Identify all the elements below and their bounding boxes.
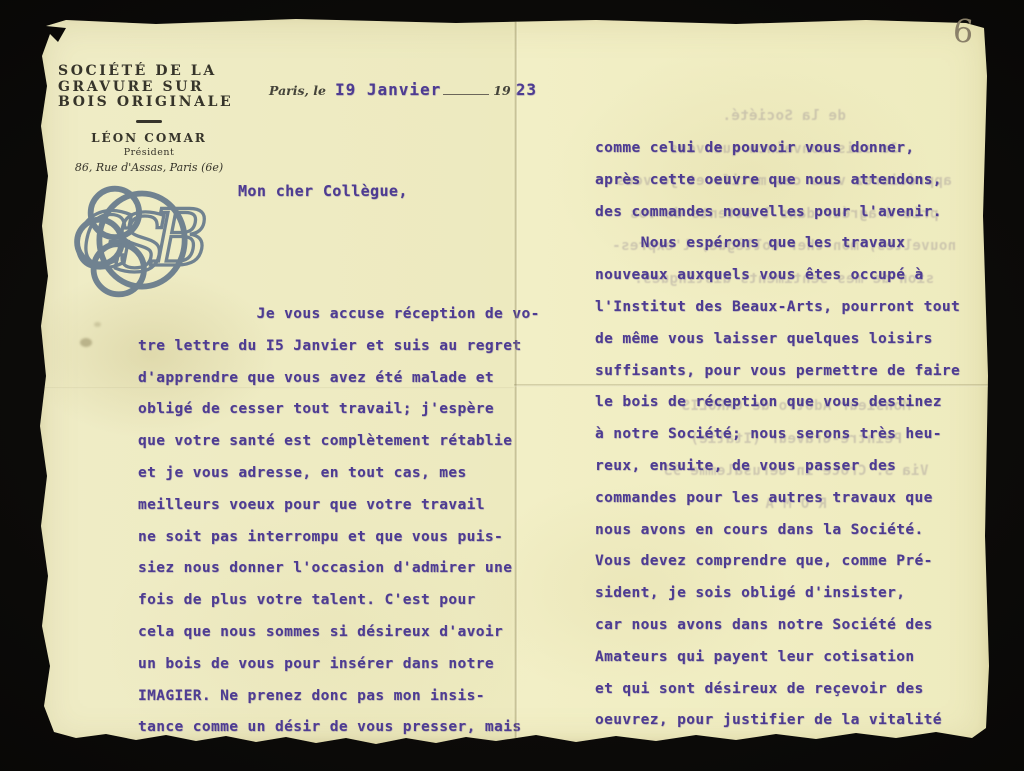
typed-line: siez nous donner l'occasion d'admirer un… xyxy=(138,553,540,585)
typed-line: Nous espérons que les travaux xyxy=(595,228,960,260)
dateline-typed-day-month: I9 Janvier xyxy=(335,80,441,99)
typed-line: que votre santé est complètement rétabli… xyxy=(138,426,540,458)
typed-line: nouveaux auxquels vous êtes occupé à xyxy=(595,260,960,292)
horizontal-crease-left xyxy=(44,387,514,389)
salutation: Mon cher Collègue, xyxy=(238,182,408,200)
typed-line: oeuvrez, pour justifier de la vitalité xyxy=(595,705,960,737)
typed-line: cela que nous sommes si désireux d'avoir xyxy=(138,617,540,649)
dateline-printed-prefix: Paris, le xyxy=(269,83,326,98)
letter-paper: SOCIÉTÉ DE LAGRAVURE SURBOIS ORIGINALE L… xyxy=(36,16,992,750)
typed-line: Je vous accuse réception de vo- xyxy=(138,299,540,331)
horizontal-crease-right xyxy=(514,384,992,387)
president-title: Président xyxy=(58,147,240,158)
pencil-page-number: 6 xyxy=(951,11,975,51)
letter-body-right-page: comme celui de pouvoir vous donner,après… xyxy=(595,76,960,737)
vertical-fold-line xyxy=(514,16,518,750)
typed-line: commandes pour les autres travaux que xyxy=(595,483,960,515)
typed-line: des commandes nouvelles pour l'avenir. xyxy=(595,197,960,229)
ink-stain xyxy=(80,338,92,347)
typed-line: IMAGIER. Ne prenez donc pas mon insis- xyxy=(138,681,540,713)
dateline: Paris, le I9 Janvier 19 23 xyxy=(269,80,537,99)
ink-stain xyxy=(94,322,101,327)
typed-line: de même vous laisser quelques loisirs xyxy=(595,324,960,356)
typed-line: à notre Société; nous serons très heu- xyxy=(595,419,960,451)
dateline-printed-century: 19 xyxy=(493,83,510,98)
typed-line: d'apprendre que vous avez été malade et xyxy=(138,363,540,395)
typed-line: après cette oeuvre que nous attendons, xyxy=(595,165,960,197)
typed-line: nous avons en cours dans la Société. xyxy=(595,515,960,547)
organization-name-line: GRAVURE SUR xyxy=(58,80,240,96)
typed-line: le bois de réception que vous destinez xyxy=(595,387,960,419)
organization-name: SOCIÉTÉ DE LAGRAVURE SURBOIS ORIGINALE xyxy=(58,64,240,111)
dateline-rule xyxy=(443,94,489,95)
typed-line: et je vous adresse, en tout cas, mes xyxy=(138,458,540,490)
scan-background: SOCIÉTÉ DE LAGRAVURE SURBOIS ORIGINALE L… xyxy=(0,0,1024,771)
letterhead-divider xyxy=(136,120,162,123)
typed-line: tance comme un désir de vous presser, ma… xyxy=(138,712,540,744)
typed-line: suffisants, pour vous permettre de faire xyxy=(595,356,960,388)
typed-line: fois de plus votre talent. C'est pour xyxy=(138,585,540,617)
typed-line: et qui sont désireux de reçevoir des xyxy=(595,674,960,706)
typed-line: obligé de cesser tout travail; j'espère xyxy=(138,394,540,426)
typed-line: car nous avons dans notre Société des xyxy=(595,610,960,642)
letter-body-left-page: Je vous accuse réception de vo-tre lettr… xyxy=(138,242,540,744)
typed-line: reux, ensuite, de vous passer des xyxy=(595,451,960,483)
typed-line: Vous devez comprendre que, comme Pré- xyxy=(595,546,960,578)
typed-line: sident, je sois obligé d'insister, xyxy=(595,578,960,610)
typed-line: Amateurs qui payent leur cotisation xyxy=(595,642,960,674)
organization-name-line: BOIS ORIGINALE xyxy=(58,95,240,111)
letterhead: SOCIÉTÉ DE LAGRAVURE SURBOIS ORIGINALE L… xyxy=(58,64,240,174)
typed-line: ne soit pas interrompu et que vous puis- xyxy=(138,522,540,554)
typed-line: comme celui de pouvoir vous donner, xyxy=(595,133,960,165)
president-name: LÉON COMAR xyxy=(58,131,240,145)
letterhead-address: 86, Rue d'Assas, Paris (6e) xyxy=(44,161,254,174)
typed-line: meilleurs voeux pour que votre travail xyxy=(138,490,540,522)
organization-name-line: SOCIÉTÉ DE LA xyxy=(58,64,240,80)
typed-line: l'Institut des Beaux-Arts, pourront tout xyxy=(595,292,960,324)
typed-line: un bois de vous pour insérer dans notre xyxy=(138,649,540,681)
typed-line: tre lettre du I5 Janvier et suis au regr… xyxy=(138,331,540,363)
dateline-typed-year: 23 xyxy=(516,80,537,99)
